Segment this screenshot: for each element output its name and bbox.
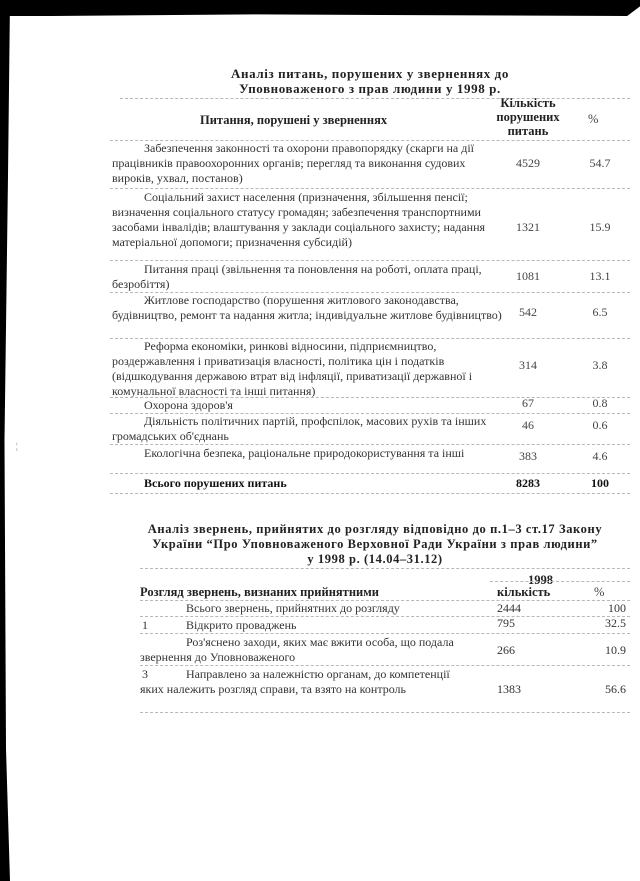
divider — [110, 493, 630, 494]
table1-title: Аналіз питань, порушених у зверненнях до… — [200, 66, 540, 96]
divider — [110, 444, 630, 445]
divider — [140, 568, 630, 569]
divider — [140, 665, 630, 666]
table1-header-issues: Питання, порушені у зверненнях — [200, 113, 387, 128]
table1-header-percent: % — [588, 112, 598, 127]
divider — [110, 188, 630, 189]
table2-title: Аналіз звернень, прийнятих до розгляду в… — [115, 522, 635, 567]
table2-header-label: Розгляд звернень, визнаних прийнятними — [140, 585, 379, 600]
divider — [140, 633, 630, 634]
document-page: Аналіз питань, порушених у зверненнях до… — [0, 0, 640, 881]
divider — [110, 260, 630, 261]
table1-header-count: Кількість порушених питань — [488, 96, 568, 138]
divider — [490, 581, 630, 582]
divider — [140, 712, 630, 713]
table2-header-count: кількість — [497, 585, 550, 600]
divider — [140, 616, 630, 617]
table2-header-percent: % — [594, 585, 604, 600]
divider — [110, 473, 630, 474]
